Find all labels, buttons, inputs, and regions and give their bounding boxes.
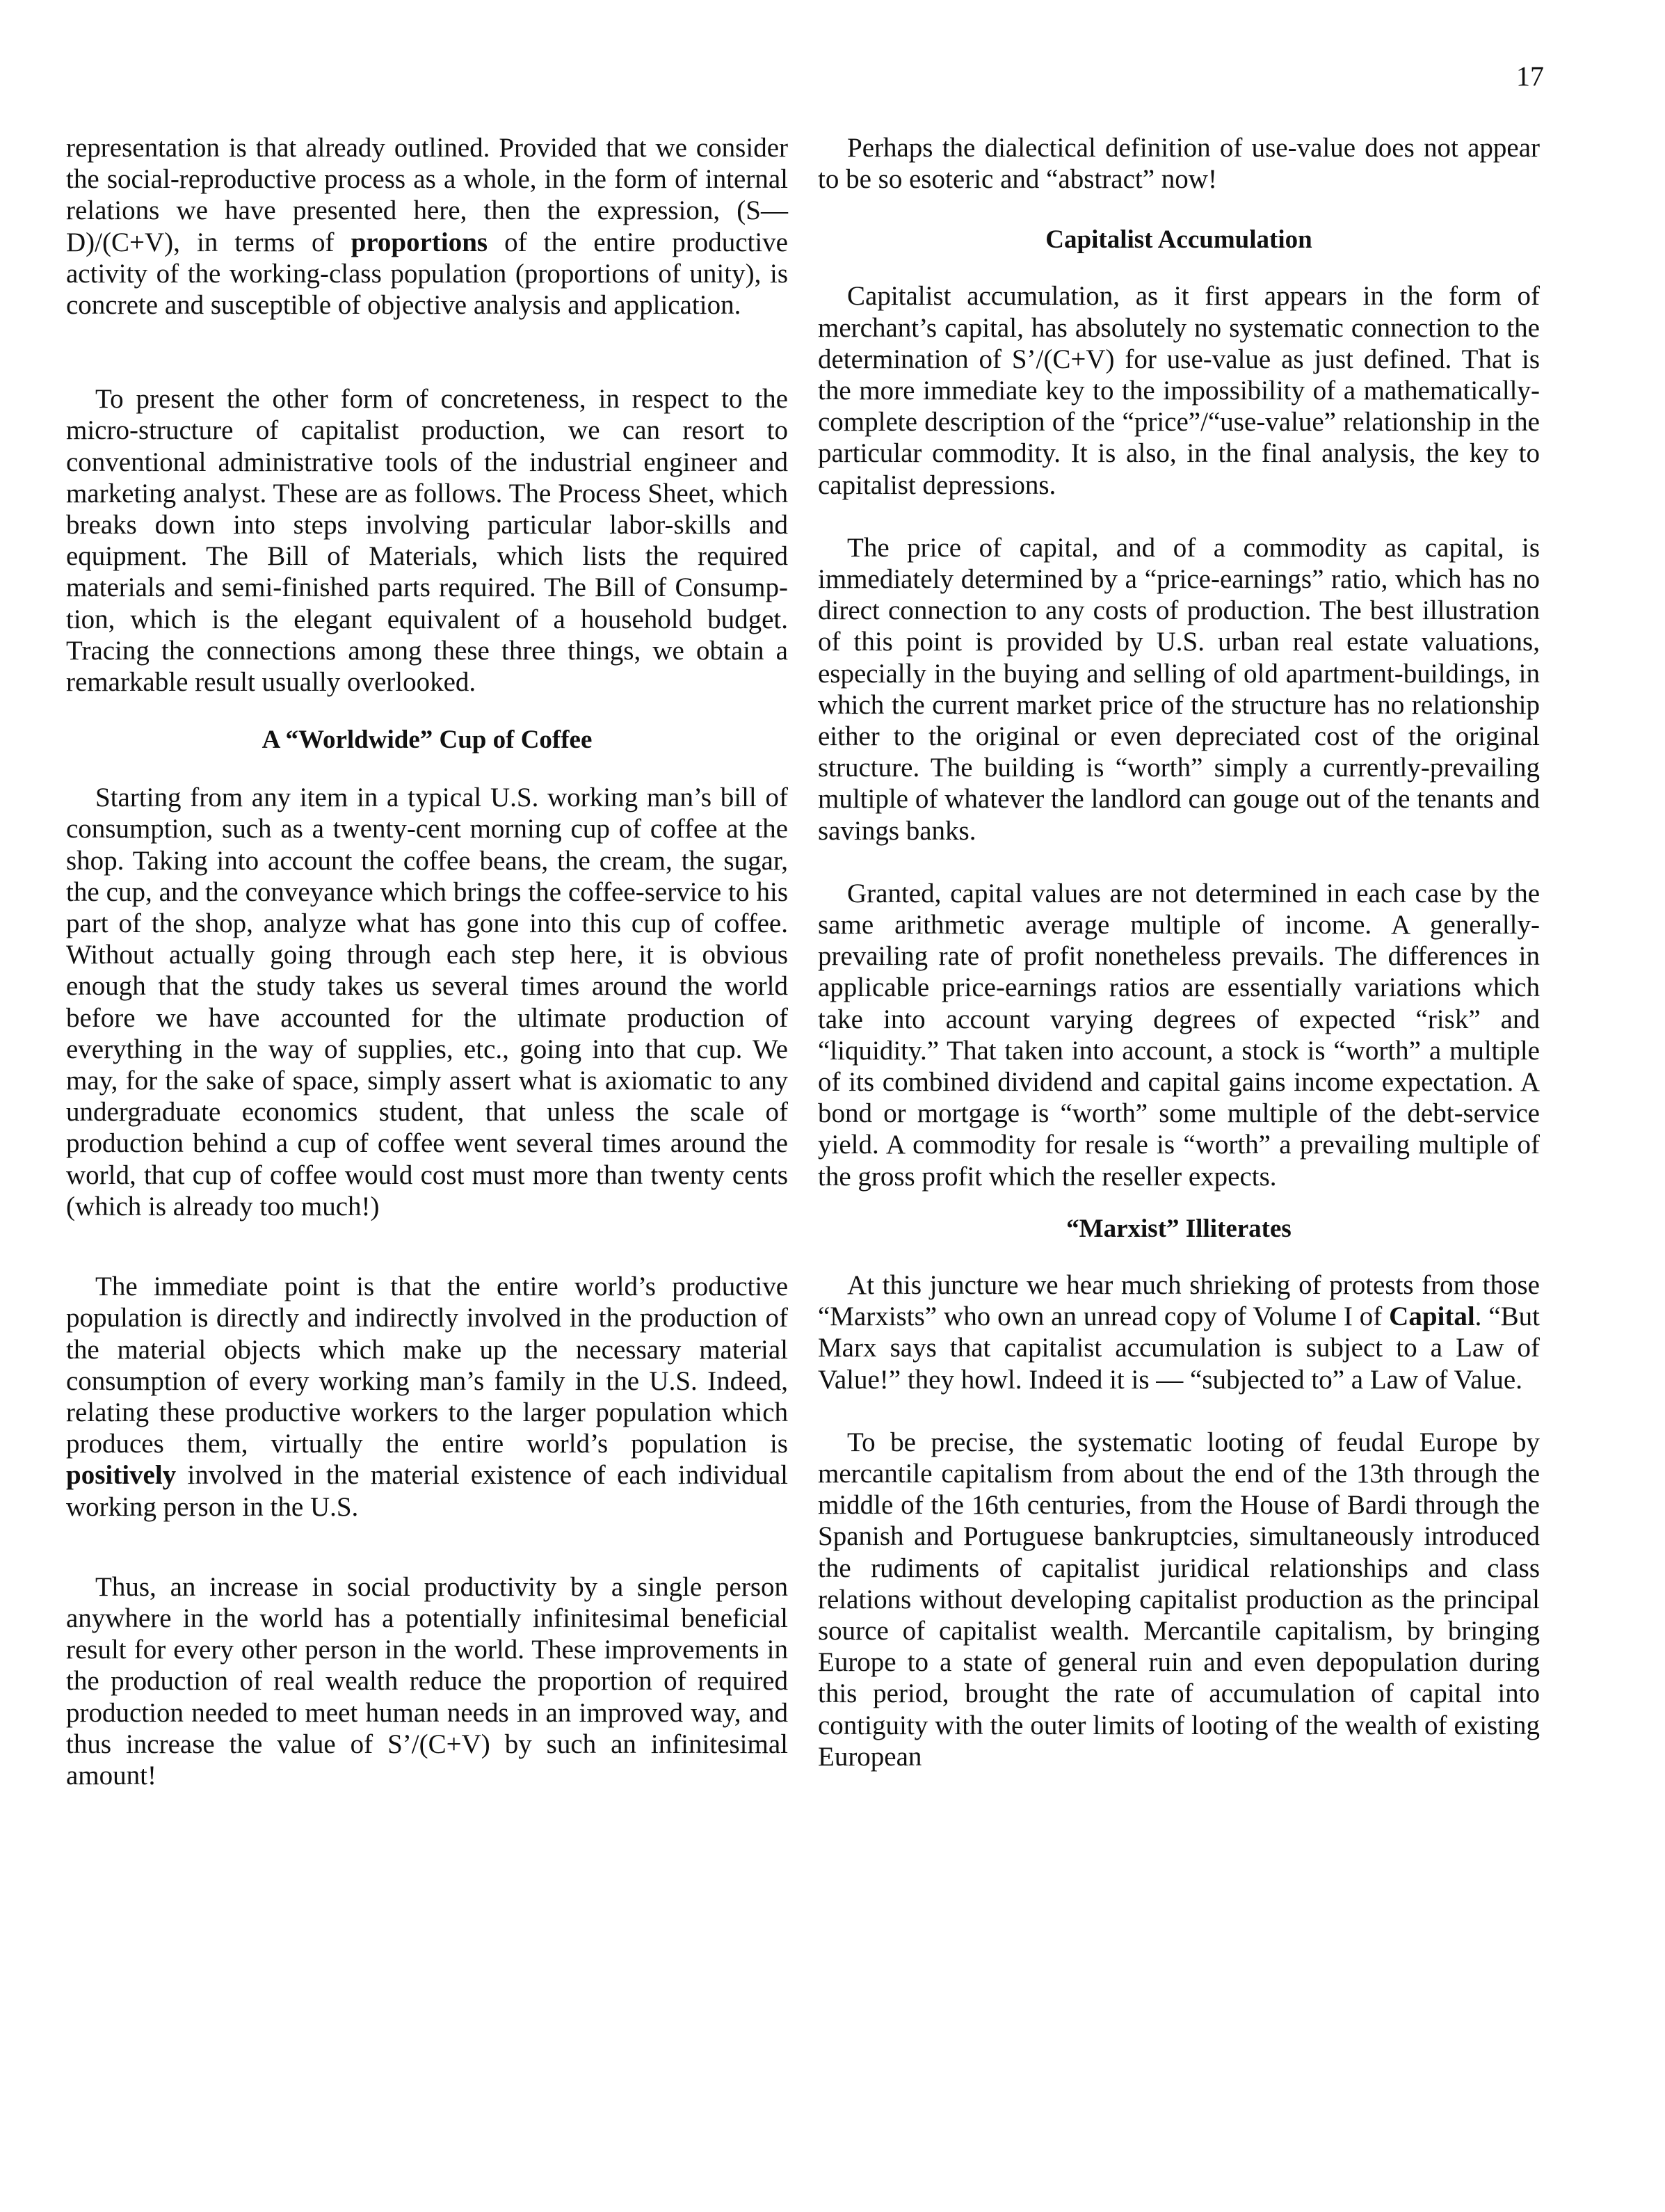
paragraph: Perhaps the dialectical definition of us… bbox=[818, 132, 1540, 195]
paragraph: Granted, capital values are not determin… bbox=[818, 878, 1540, 1192]
section-heading: “Marxist” Illiterates bbox=[818, 1213, 1540, 1244]
paragraph: Starting from any item in a typical U.S.… bbox=[66, 782, 788, 1222]
section-heading: Capitalist Accumulation bbox=[818, 224, 1540, 255]
emphasis-text: proportions bbox=[351, 227, 488, 257]
paragraph-text: The immediate point is that the entire w… bbox=[66, 1272, 788, 1459]
paragraph: The price of capital, and of a commodity… bbox=[818, 532, 1540, 847]
paragraph: Capitalist accumulation, as it first app… bbox=[818, 280, 1540, 500]
page-number: 17 bbox=[1481, 60, 1544, 93]
paragraph: To present the other form of concretenes… bbox=[66, 383, 788, 698]
left-column: representation is that already outlined.… bbox=[66, 132, 788, 1791]
right-column: Perhaps the dialectical definition of us… bbox=[818, 132, 1540, 1772]
emphasis-text: positively bbox=[66, 1460, 176, 1490]
paragraph: At this juncture we hear much shrieking … bbox=[818, 1269, 1540, 1395]
paragraph: Thus, an increase in social productivity… bbox=[66, 1571, 788, 1791]
paragraph: The immediate point is that the entire w… bbox=[66, 1271, 788, 1523]
emphasis-text: Capital bbox=[1389, 1301, 1475, 1331]
paragraph: representation is that already outlined.… bbox=[66, 132, 788, 321]
paragraph: To be precise, the systematic looting of… bbox=[818, 1427, 1540, 1772]
section-heading: A “Worldwide” Cup of Coffee bbox=[66, 724, 788, 755]
